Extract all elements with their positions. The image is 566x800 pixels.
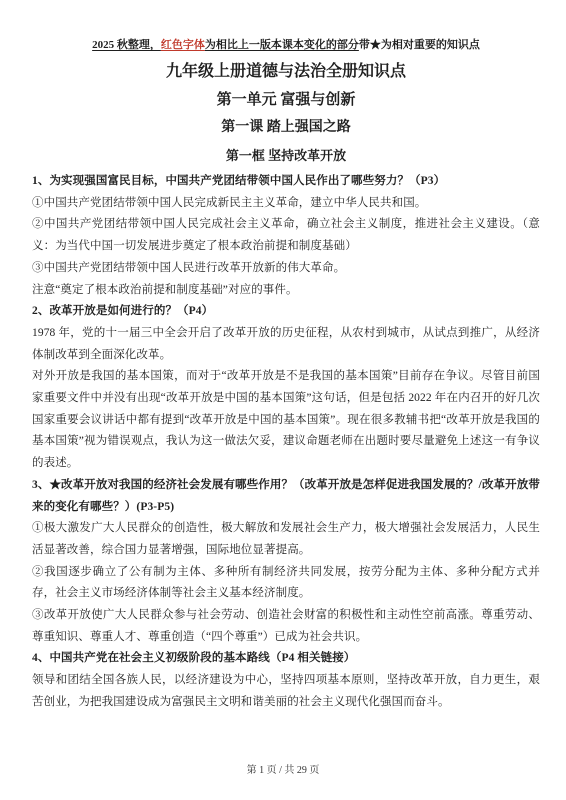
header-note-red-text: 红色字体 [161,39,205,51]
header-note-prefix: 2025 秋整理， [92,39,161,51]
page-footer: 第 1 页 / 共 29 页 [0,761,566,776]
paragraph: 注意“奠定了根本政治前提和制度基础”对应的事件。 [32,280,540,302]
question-heading: 3、★改革开放对我国的经济社会发展有哪些作用？（改革开放是怎样促进我国发展的？/… [32,475,540,518]
section-heading: 第一框 坚持改革开放 [32,142,540,169]
paragraph: 对外开放是我国的基本国策，而对于“改革开放是不是我国的基本国策”目前存在争议。尽… [32,366,540,475]
header-note: 2025 秋整理，红色字体为相比上一版本课本变化的部分带★为相对重要的知识点 [32,33,540,57]
question-heading: 1、为实现强国富民目标，中国共产党团结带领中国人民作出了哪些努力？（P3） [32,171,540,193]
lesson-heading: 第一课 踏上强国之路 [32,114,540,142]
header-note-underlined-text: 为相比上一版本课本变化的部分 [205,39,359,51]
unit-heading: 第一单元 富强与创新 [32,86,540,114]
document-title: 九年级上册道德与法治全册知识点 [32,57,540,86]
question-heading: 2、改革开放是如何进行的？（P4） [32,301,540,323]
paragraph: ③中国共产党团结带领中国人民进行改革开放新的伟大革命。 [32,258,540,280]
header-note-tail: 带★为相对重要的知识点 [359,39,480,51]
paragraph: ②中国共产党团结带领中国人民完成社会主义革命，确立社会主义制度，推进社会主义建设… [32,214,540,257]
paragraph: ②我国逐步确立了公有制为主体、多种所有制经济共同发展，按劳分配为主体、多种分配方… [32,562,540,605]
paragraph: ①中国共产党团结带领中国人民完成新民主主义革命，建立中华人民共和国。 [32,193,540,215]
page-number-label: 第 1 页 / 共 29 页 [247,765,320,776]
paragraph: 领导和团结全国各族人民，以经济建设为中心，坚持四项基本原则，坚持改革开放，自力更… [32,670,540,713]
paragraph: 1978 年，党的十一届三中全会开启了改革开放的历史征程，从农村到城市，从试点到… [32,323,540,366]
paragraph: ①极大激发广大人民群众的创造性，极大解放和发展社会生产力，极大增强社会发展活力，… [32,518,540,561]
question-heading: 4、中国共产党在社会主义初级阶段的基本路线（P4 相关链接） [32,648,540,670]
document-body: 1、为实现强国富民目标，中国共产党团结带领中国人民作出了哪些努力？（P3）①中国… [32,171,540,714]
paragraph: ③改革开放使广大人民群众参与社会劳动、创造社会财富的积极性和主动性空前高涨。尊重… [32,605,540,648]
document-page: 2025 秋整理，红色字体为相比上一版本课本变化的部分带★为相对重要的知识点 九… [0,0,566,800]
